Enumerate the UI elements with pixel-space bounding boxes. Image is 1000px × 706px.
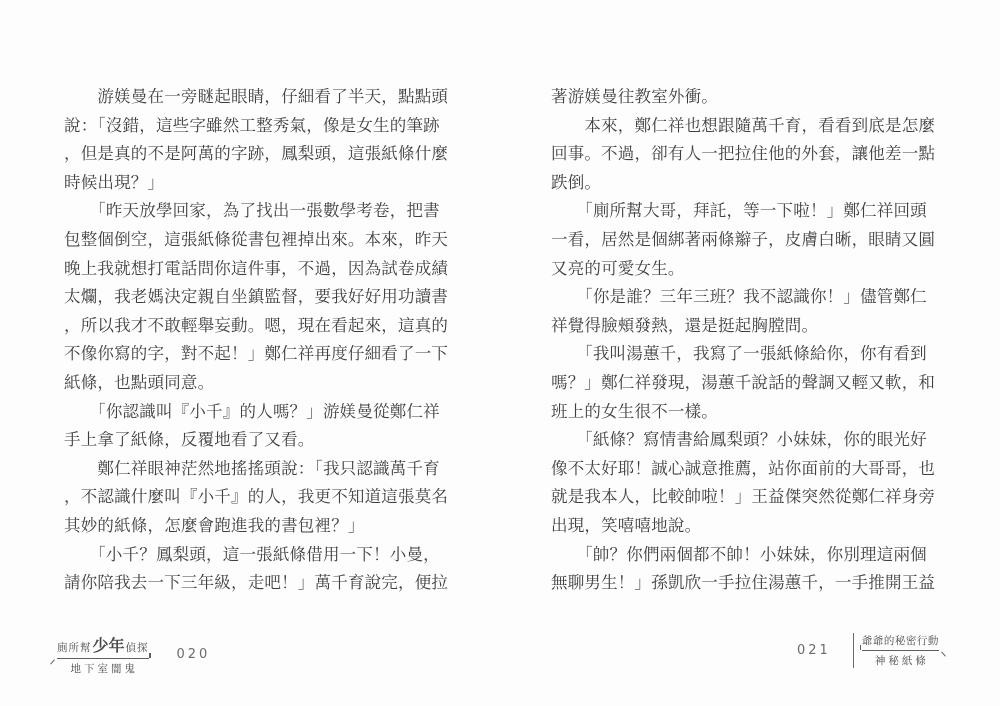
text-line: 班上的女生很不一樣。 [551,398,951,427]
series-title: 廁所幫 少年 偵探 [57,633,149,656]
text-line: 晚上我就想打電話問你這件事，不過，因為試卷成績 [64,255,464,284]
text-line: 回事。不過，卻有人一把拉住他的外套，讓他差一點 [551,140,951,169]
series-title-block: 廁所幫 少年 偵探 地下室闇鬼 [57,633,149,676]
text-line: 包整個倒空，這張紙條從書包裡掉出來。本來，昨天 [64,226,464,255]
chapter-title-block: 爺爺的秘密行動 神秘紙條 [853,633,939,668]
page-right-text: 著游媄曼往教室外衝。 本來，鄭仁祥也想跟隨萬千育，看看到底是怎麼回事。不過，卻有… [551,83,951,598]
page-left-text: 游媄曼在一旁瞇起眼睛，仔細看了半天，點點頭說：「沒錯，這些字雖然工整秀氣，像是女… [64,83,464,598]
text-line: ，所以我才不敢輕舉妄動。嗯，現在看起來，這真的 [64,312,464,341]
text-line: 「我叫湯蕙千，我寫了一張紙條給你，你有看到 [551,340,951,369]
footer-rule [862,650,939,651]
text-line: 「昨天放學回家，為了找出一張數學考卷，把書 [64,197,464,226]
text-line: 祥覺得臉頰發熱，還是挺起胸膛問。 [551,312,951,341]
text-line: 嗎？」鄭仁祥發現，湯蕙千說話的聲調又輕又軟，和 [551,369,951,398]
book-spread: 游媄曼在一旁瞇起眼睛，仔細看了半天，點點頭說：「沒錯，這些字雖然工整秀氣，像是女… [0,0,1000,706]
text-line: 本來，鄭仁祥也想跟隨萬千育，看看到底是怎麼 [551,112,951,141]
text-line: 像不太好耶！誠心誠意推薦，站你面前的大哥哥，也 [551,455,951,484]
text-line: 出現，笑嘻嘻地說。 [551,512,951,541]
text-line: 其妙的紙條，怎麼會跑進我的書包裡？」 [64,512,464,541]
text-line: 說：「沒錯，這些字雖然工整秀氣，像是女生的筆跡 [64,112,464,141]
page-left-footer: 廁所幫 少年 偵探 地下室闇鬼 020 [57,633,210,676]
text-line: 無聊男生！」孫凱欣一手拉住湯蕙千，一手推開王益 [551,569,951,598]
series-subtitle: 地下室闇鬼 [57,661,149,676]
text-line: 「廁所幫大哥，拜託，等一下啦！」鄭仁祥回頭 [551,197,951,226]
text-line: 著游媄曼往教室外衝。 [551,83,951,112]
section-title: 神秘紙條 [862,653,939,668]
text-line: 「你是誰？三年三班？我不認識你！」儘管鄭仁 [551,283,951,312]
text-line: 時候出現？」 [64,169,464,198]
series-title-stylized: 少年 [93,633,125,656]
page-right-footer: 021 爺爺的秘密行動 神秘紙條 [797,633,939,668]
series-title-prefix: 廁所幫 [57,640,92,655]
text-line: 又亮的可愛女生。 [551,255,951,284]
text-line: 「你認識叫『小千』的人嗎？」游媄曼從鄭仁祥 [64,398,464,427]
text-line: 紙條，也點頭同意。 [64,369,464,398]
text-line: ，不認識什麼叫『小千』的人，我更不知道這張莫名 [64,483,464,512]
text-line: 游媄曼在一旁瞇起眼睛，仔細看了半天，點點頭 [64,83,464,112]
page-number-right: 021 [797,643,831,658]
text-line: 請你陪我去一下三年級，走吧！」萬千育說完，便拉 [64,569,464,598]
text-line: 就是我本人，比較帥啦！」王益傑突然從鄭仁祥身旁 [551,483,951,512]
text-line: 「小千？鳳梨頭，這一張紙條借用一下！小曼， [64,541,464,570]
text-line: 太爛，我老媽決定親自坐鎮監督，要我好好用功讀書 [64,283,464,312]
text-line: 「帥？你們兩個都不帥！小妹妹，你別理這兩個 [551,541,951,570]
series-title-suffix: 偵探 [126,640,149,655]
page-number-left: 020 [177,647,211,662]
text-line: ，但是真的不是阿萬的字跡，鳳梨頭，這張紙條什麼 [64,140,464,169]
text-line: 「紙條？寫情書給鳳梨頭？小妹妹，你的眼光好 [551,426,951,455]
text-line: 一看，居然是個綁著兩條辮子，皮膚白晰，眼睛又圓 [551,226,951,255]
text-line: 跌倒。 [551,169,951,198]
text-line: 手上拿了紙條，反覆地看了又看。 [64,426,464,455]
text-line: 不像你寫的字，對不起！」鄭仁祥再度仔細看了一下 [64,340,464,369]
footer-rule [57,658,149,659]
text-line: 鄭仁祥眼神茫然地搖搖頭說：「我只認識萬千育 [64,455,464,484]
chapter-title: 爺爺的秘密行動 [862,633,939,648]
